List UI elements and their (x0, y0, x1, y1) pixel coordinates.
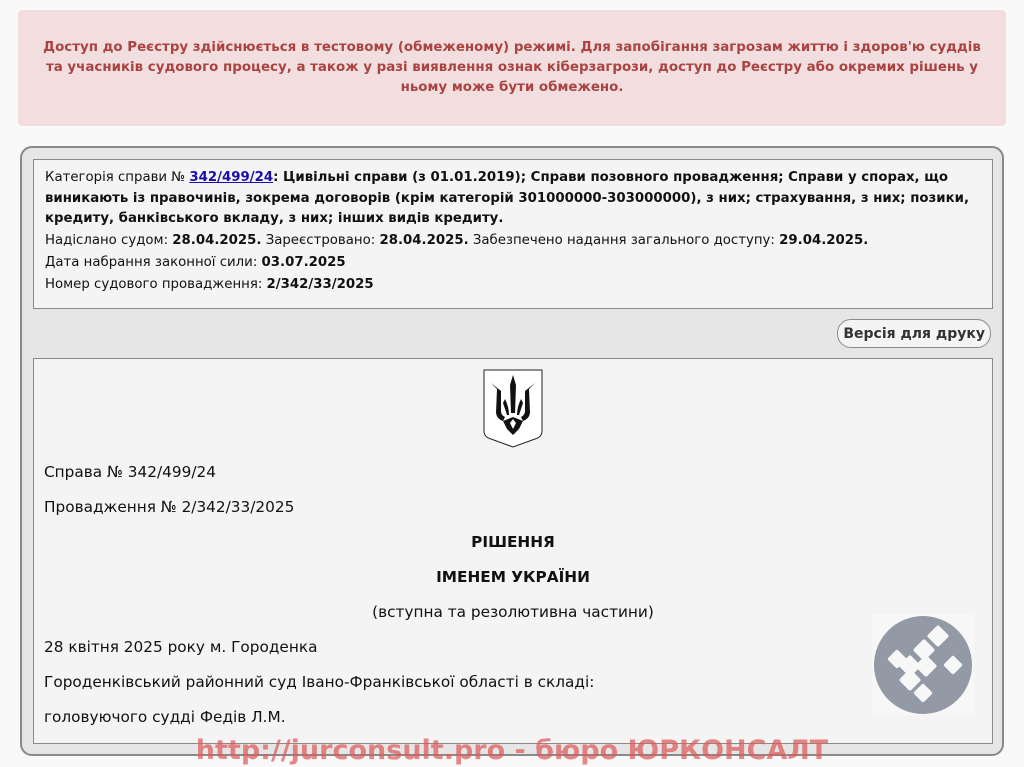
date-place-line: 28 квітня 2025 року м. Городенка (44, 638, 317, 656)
decision-parts-note: (вступна та резолютивна частини) (34, 603, 992, 621)
sent-date: 28.04.2025. (172, 233, 261, 248)
access-notice-banner: Доступ до Реєстру здійснюється в тестово… (18, 10, 1006, 126)
court-line: Городенківський районний суд Івано-Франк… (44, 673, 594, 691)
case-info-box: Категорія справи № 342/499/24: Цивільні … (33, 159, 993, 309)
watermark-text: http://jurconsult.pro - бюро ЮРКОНСАЛТ (0, 735, 1024, 767)
access-notice-text: Доступ до Реєстру здійснюється в тестово… (34, 38, 990, 98)
public-access-date: 29.04.2025. (779, 233, 868, 248)
proceeding-number-line: Номер судового провадження: 2/342/33/202… (45, 275, 981, 296)
judge-line: головуючого судді Федів Л.М. (44, 708, 286, 726)
registered-date: 28.04.2025. (379, 233, 468, 248)
case-number-line: Справа № 342/499/24 (44, 463, 216, 481)
proceeding-line: Провадження № 2/342/33/2025 (44, 498, 294, 516)
case-category: Категорія справи № 342/499/24: Цивільні … (45, 168, 981, 230)
print-version-button[interactable]: Версія для друку (837, 319, 991, 348)
case-number-link[interactable]: 342/499/24 (189, 170, 273, 185)
effective-date-line: Дата набрання законної сили: 03.07.2025 (45, 253, 981, 274)
ukraine-emblem-icon (483, 369, 543, 449)
case-dates: Надіслано судом: 28.04.2025. Зареєстрова… (45, 231, 981, 252)
decision-document: Справа № 342/499/24 Провадження № 2/342/… (33, 358, 993, 744)
decision-title: РІШЕННЯ (34, 533, 992, 551)
effective-date: 03.07.2025 (262, 255, 346, 270)
decision-subtitle: ІМЕНЕМ УКРАЇНИ (34, 568, 992, 586)
decision-panel: Категорія справи № 342/499/24: Цивільні … (20, 146, 1004, 756)
proceeding-number: 2/342/33/2025 (267, 277, 374, 292)
puzzle-cross-logo-icon (872, 614, 974, 716)
